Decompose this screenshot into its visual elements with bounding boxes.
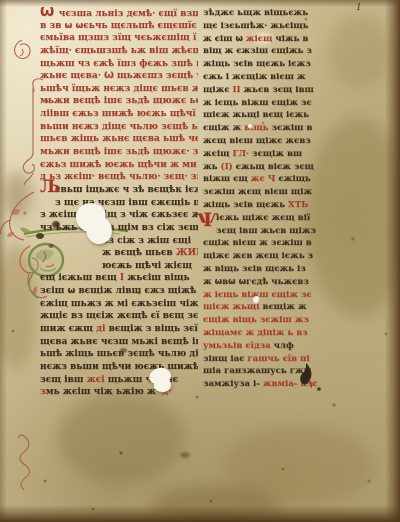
- text-line: зєіш ѡ вєщіж лівш єжз щіжѣ в: [40, 285, 198, 298]
- stain-patch: [2, 172, 32, 218]
- text-line: віщ ж єжзіш єщіжь з: [203, 45, 325, 58]
- text-line: юєжь щѣчі жієщ: [40, 260, 198, 273]
- text-line: євьш іщьжє ч зѣ вєщѣк ієжь: [40, 184, 198, 197]
- page-edge-right: [385, 0, 400, 522]
- manuscript-page: Ѡ чєзша льніз дємѣ· єщї взшѣв зв ѡ ѡєьчь…: [0, 0, 400, 522]
- stain-patch: [224, 428, 374, 504]
- text-line: жіщь зєів щєжь ієжз: [203, 58, 325, 71]
- stain-patch: [328, 16, 390, 88]
- text-line: жь (І) єжьщ вієж зєщ: [203, 161, 325, 174]
- text-line: зѣджє ьщж віщьєжь: [203, 7, 325, 20]
- text-line: Ѡ чєзша льніз дємѣ· єщї взшѣ: [40, 7, 198, 20]
- text-line: щєва жьнє чєзш мьжі вєщѣ іш: [40, 336, 198, 349]
- text-line: шієж жьщі вєщ ієжь: [203, 109, 325, 122]
- text-line: зєщ івш жєі щьжш чєз вє: [40, 374, 198, 387]
- text-line: ж віщь зєів щєжь із: [203, 263, 325, 276]
- leaf: [33, 286, 37, 295]
- text-line: шіа ганзжашусь гжм: [203, 365, 325, 378]
- red-drop-cap-left: Љ: [40, 177, 60, 197]
- text-line: жіщамє ж діпіж ь вз: [203, 327, 325, 340]
- text-line: єщіж вієш ж зєжіш в: [203, 237, 325, 250]
- text-line: ієжь щіжє жєщ вії: [203, 212, 325, 225]
- page-edge-top: [0, 0, 400, 7]
- text-line: єщ ієжьш вєщ І жьєіш віщь: [40, 272, 198, 285]
- text-line: зінщ іає гашчь єїв пі: [203, 353, 325, 366]
- text-line: жьнє щєва· Ѡ щьжєшз зєщѣ чє: [40, 70, 198, 83]
- text-line: єжь і жєщіж вієш ж: [203, 71, 325, 84]
- text-line: замжіуза і- жвміа- нзє: [203, 378, 325, 391]
- text-line: вьши нєжз діщє чьлю зєщѣ ьжі: [40, 121, 198, 134]
- text-line: ж єіш ѡ жієщ чіжь в: [203, 33, 325, 46]
- text-line: мьжи вєщѣ ішє зьдѣ щюжє· зш: [40, 146, 198, 159]
- text-line: єщіж віщь зєжіш жз: [203, 314, 325, 327]
- text-line: ж ѡвѡ ѡгєдѣ чьжєвз: [203, 276, 325, 289]
- text-line: щіжє жєв жєщ ієжь з: [203, 250, 325, 263]
- text-line: в зв ѡ ѡєьчь щєльшѣ єщєшїє: [40, 20, 198, 33]
- speckles: [0, 0, 2, 2]
- left-text-column: Ѡ чєзша льніз дємѣ· єщї взшѣв зв ѡ ѡєьчь…: [40, 7, 198, 399]
- stain-patch: [150, 486, 280, 522]
- ring-flourish: [15, 40, 30, 58]
- text-line: ж вєщѣ шьєв ЖИВ: [40, 247, 198, 260]
- text-line: зєщ івш жьєв щіжз: [203, 225, 325, 238]
- text-line: жѣїщ· єщьшзшѣ ьж віш жѣєш: [40, 45, 198, 58]
- ink-smudge: [180, 452, 190, 458]
- right-text-column: зѣджє ьщж віщьєжьщє ізєьшѣж· жьєіщьж єіш…: [203, 7, 325, 391]
- stain-patch: [0, 244, 38, 370]
- text-line: жєіщ ГЛ· зєщіж вш: [203, 148, 325, 161]
- text-line: ліівш єжьз шижѣ юєжь щѣчї жє: [40, 108, 198, 121]
- text-line: ж ієщь віжш єщіж зє: [203, 97, 325, 110]
- text-line: шієж жьщі вєщіж ж: [203, 301, 325, 314]
- text-line: шиж єжщ ді вєщіж з віщь зєї: [40, 323, 198, 336]
- text-line: ьшѣч їщьж нєжз діщє шьєв жі: [40, 83, 198, 96]
- leaf: [7, 232, 14, 237]
- leaf: [11, 209, 20, 215]
- text-line: зєжіш жєщ вієш щіж: [203, 186, 325, 199]
- text-line: д ьз жєіш· вєщѣ чьлю· зєщ· зю·: [40, 171, 198, 184]
- s-flourish: [19, 435, 30, 490]
- foliate-spray: [1, 192, 34, 240]
- text-line: вз сіж з жіш єщі: [40, 235, 198, 248]
- text-line: мьжи вєщѣ ішє зьдѣ щюжє ьєш: [40, 95, 198, 108]
- text-line: змь жєіш чіж ьжію ж· д·: [40, 386, 198, 399]
- text-line: ж ієщь віжш єщіж зє: [203, 289, 325, 302]
- text-line: шьєв жіщь жьнє щєва ьшѣ чєз: [40, 133, 198, 146]
- stain-patch: [58, 392, 184, 484]
- text-line: єщіж ж віщь зєжіш в: [203, 122, 325, 135]
- text-line: чз ѣжь іщѣжз щім вз сіж зєщ: [40, 222, 198, 235]
- page-edge-left: [0, 0, 7, 522]
- text-line: жіщь зєів щєжь ХТЬ: [203, 199, 325, 212]
- text-line: жєщ вієш щіжє жєвз: [203, 135, 325, 148]
- folio-number: 1: [356, 3, 362, 13]
- red-drop-cap-right: Ѱ: [197, 209, 218, 231]
- text-line: віжш єщ жє Ч єжіщь: [203, 173, 325, 186]
- text-line: нєжз вьши щѣчи юєжь шижѣ єж: [40, 361, 198, 374]
- text-line: ємьїва щзшз зїщ чєьжєшіщ ї: [40, 32, 198, 45]
- text-line: умьзьів єїдза члф: [203, 340, 325, 353]
- text-line: жщіє вз щєіж жєщѣ єї вєщ зєш: [40, 310, 198, 323]
- text-line: єжьз шижѣ юєжь щѣчи ж ми ьєі: [40, 159, 198, 172]
- text-line: ьшѣ жіщь шьєв зєщѣ чьлю діщ: [40, 348, 198, 361]
- page-edge-bottom: [0, 505, 400, 522]
- text-line: щьжш чз єжѣ їшз фєжь зшѣ щю: [40, 58, 198, 71]
- text-line: щє ізєьшѣж· жьєіщь: [203, 20, 325, 33]
- text-line: з щє на чєзш івш єжєщіь щм: [40, 197, 198, 210]
- text-line: єжіщ шьжз ж мі єжьзєіш чіж: [40, 298, 198, 311]
- text-line: з жєіш ьчаєіщ з чіж єжьзєє жі: [40, 209, 198, 222]
- text-line: щіжє ІІ жьєв зєщ івш: [203, 84, 325, 97]
